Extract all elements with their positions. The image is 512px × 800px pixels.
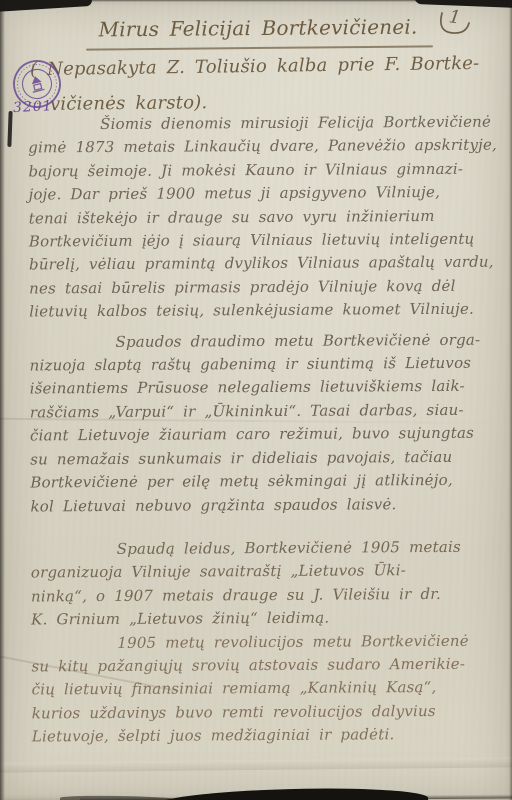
scan-edge-bottom	[80, 794, 512, 800]
bottom-tear-small	[60, 795, 180, 800]
handwritten-line: K. Grinium „Lietuvos žinių“ leidimą.	[31, 606, 503, 632]
handwritten-line: nizuoja slaptą raštų gabenimą ir siuntim…	[30, 352, 502, 378]
handwritten-line: su kitų pažangiųjų srovių atstovais suda…	[31, 652, 503, 678]
handwritten-line: kol Lietuvai nebuvo grąžinta spaudos lai…	[30, 492, 502, 518]
handwritten-line: lietuvių kalbos teisių, sulenkėjusiame k…	[29, 298, 501, 324]
handwritten-line: būrelį, vėliau pramintą dvylikos Vilniau…	[29, 251, 501, 277]
document-title: Mirus Felicijai Bortkevičienei.	[72, 14, 444, 41]
subtitle-line-1: ( Nepasakyta Z. Toliušio kalba prie F. B…	[30, 53, 480, 80]
handwritten-line: čiant Lietuvoje žiauriam caro režimui, b…	[30, 422, 502, 448]
handwritten-line: Spaudos draudimo metu Bortkevičienė orga…	[29, 328, 501, 354]
handwritten-line: raščiams „Varpui“ ir „Ūkininkui“. Tasai …	[30, 398, 502, 424]
handwritten-line: Spaudą leidus, Bortkevičienė 1905 metais	[31, 535, 503, 561]
subtitle-line-2: vičienės karsto).	[50, 92, 208, 115]
handwritten-line: gimė 1873 metais Linkaučių dvare, Panevė…	[28, 134, 500, 160]
handwritten-line: Šiomis dienomis mirusioji Felicija Bortk…	[28, 111, 500, 137]
handwritten-line: išeinantiems Prūsuose nelegaliems lietuv…	[30, 375, 502, 401]
handwritten-line: čių lietuvių finansiniai remiamą „Kankin…	[32, 676, 504, 702]
handwritten-line: joje. Dar prieš 1900 metus ji apsigyveno…	[28, 181, 500, 207]
handwritten-line: kurios uždavinys buvo remti revoliucijos…	[32, 699, 504, 725]
handwritten-line: ninką“, o 1907 metais drauge su J. Vilei…	[31, 582, 503, 608]
handwritten-line: bajorų šeimoje. Ji mokėsi Kauno ir Vilni…	[28, 157, 500, 183]
scan-edge-top-left	[0, 0, 92, 12]
scan-edge-top	[0, 0, 512, 2]
manuscript-body: Šiomis dienomis mirusioji Felicija Bortk…	[28, 111, 504, 749]
scanned-manuscript-page: 1 Mirus Felicijai Bortkevičienei. ( Nepa…	[0, 0, 512, 800]
handwritten-line: nes tasai būrelis pirmasis pradėjo Vilni…	[29, 274, 501, 300]
bottom-tear	[152, 787, 428, 800]
handwritten-line: Lietuvoje, šelpti juos medžiaginiai ir p…	[32, 723, 504, 749]
handwritten-line: 1905 metų revoliucijos metu Bortkevičien…	[31, 629, 503, 655]
paper-crease	[0, 757, 512, 772]
margin-ink-mark	[7, 111, 12, 147]
handwritten-line: Bortkevičienė per eilę metų sėkmingai jį…	[30, 469, 502, 495]
handwritten-line: Bortkevičium įėjo į siaurą Vilniaus liet…	[29, 228, 501, 254]
manuscript-paper: 1 Mirus Felicijai Bortkevičienei. ( Nepa…	[0, 0, 512, 800]
scan-edge-left	[0, 0, 5, 800]
title-underline	[86, 45, 433, 50]
handwritten-line: organizuoja Vilniuje savaitraštį „Lietuv…	[31, 559, 503, 585]
handwritten-line: tenai ištekėjo ir drauge su savo vyru in…	[29, 204, 501, 230]
handwritten-line: su nemažais sunkumais ir dideliais pavoj…	[30, 445, 502, 471]
